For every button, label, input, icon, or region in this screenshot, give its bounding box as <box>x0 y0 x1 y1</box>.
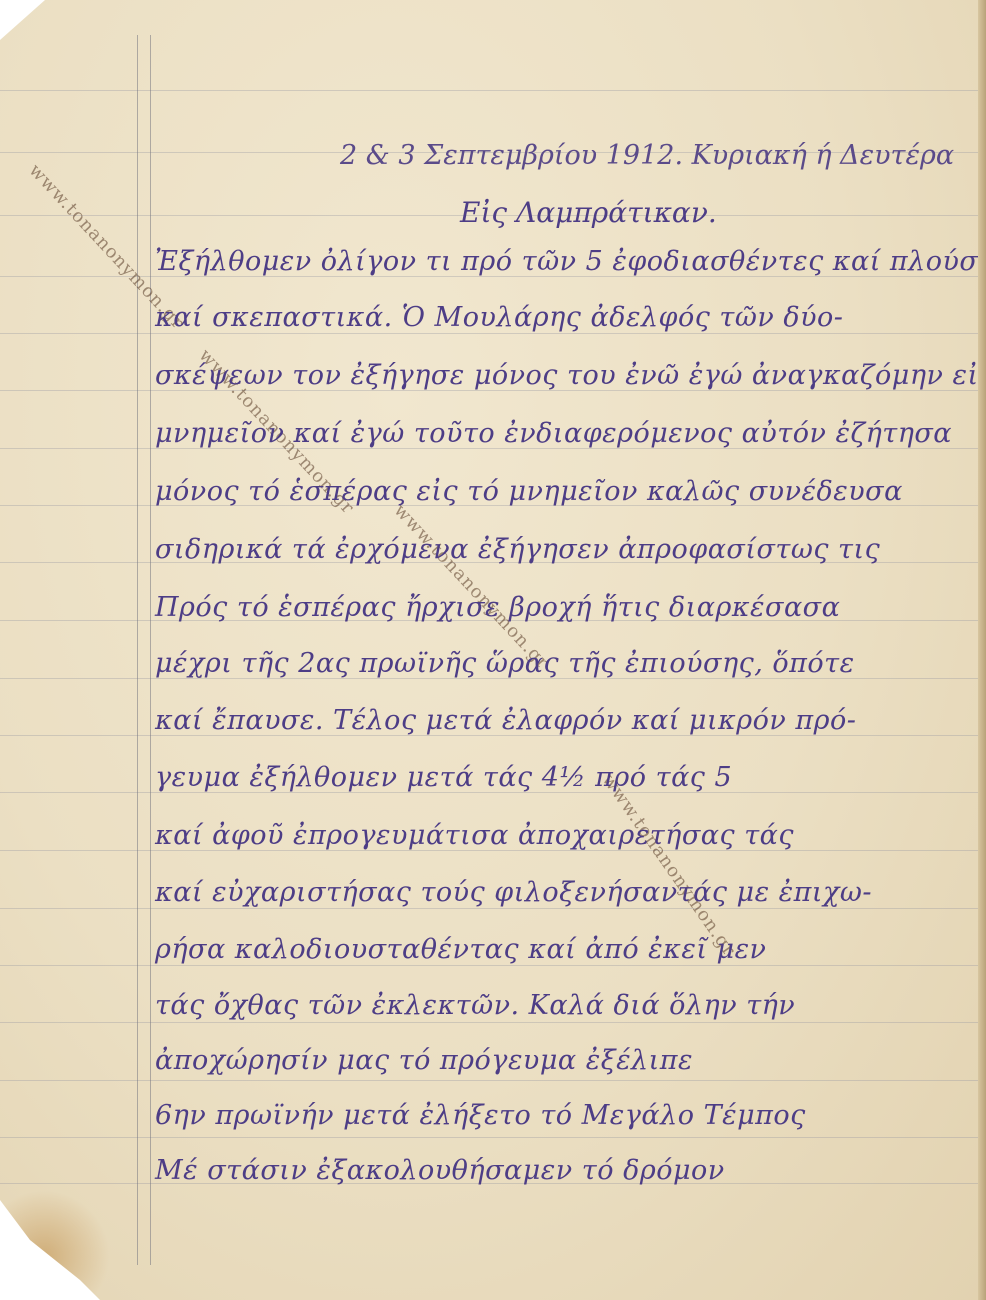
ruled-line <box>0 90 986 91</box>
date-line: 2 & 3 Σεπτεμβρίου 1912. Κυριακή ή Δευτέρ… <box>340 140 954 171</box>
text-line: καί εὐχαριστήσας τούς φιλοξενήσαντάς με … <box>155 877 971 908</box>
text-line: τάς ὄχθας τῶν ἐκλεκτῶν. Καλά διά ὅλην τή… <box>155 990 971 1021</box>
watermark: www.tonanonymon.gr <box>598 770 740 960</box>
margin-line <box>150 35 151 1265</box>
ruled-line <box>0 1080 986 1081</box>
text-line: ρήσα καλοδιουσταθέντας καί ἀπό ἐκεῖ μεν <box>155 934 971 965</box>
text-line: 6ην πρωϊνήν μετά ἐλήξετο τό Μεγάλο Τέμπο… <box>155 1100 971 1131</box>
text-line: μνημεῖον καί ἐγώ τοῦτο ἐνδιαφερόμενος αὐ… <box>155 418 971 449</box>
text-line: καί ἔπαυσε. Τέλος μετά ἐλαφρόν καί μικρό… <box>155 705 971 736</box>
margin-line <box>137 35 138 1265</box>
ruled-line <box>0 333 986 334</box>
text-line: μόνος τό ἑσπέρας εἰς τό μνημεῖον καλῶς σ… <box>155 476 971 507</box>
text-line: γευμα ἐξήλθομεν μετά τάς 4½ πρό τάς 5 <box>155 762 971 793</box>
text-line: Πρός τό ἑσπέρας ἤρχισε βροχή ἥτις διαρκέ… <box>155 592 971 623</box>
text-line: καί σκεπαστικά. Ὁ Μουλάρης ἀδελφός τῶν δ… <box>155 302 971 333</box>
text-line: Μέ στάσιν ἐξακολουθήσαμεν τό δρόμον <box>155 1155 971 1186</box>
ruled-line <box>0 965 986 966</box>
text-line: ἀποχώρησίν μας τό πρόγευμα ἐξέλιπε <box>155 1045 971 1076</box>
text-line: σιδηρικά τά ἐρχόμενα ἐξήγησεν ἀπροφασίστ… <box>155 534 971 565</box>
text-line: Ἐξήλθομεν ὀλίγον τι πρό τῶν 5 ἐφοδιασθέν… <box>155 246 971 277</box>
text-line: καί ἀφοῦ ἐπρογευμάτισα ἀποχαιρετήσας τάς <box>155 820 971 851</box>
ruled-line <box>0 908 986 909</box>
paper-stain <box>0 1190 110 1300</box>
text-line: σκέψεων τον ἐξήγησε μόνος του ἐνῶ ἐγώ ἀν… <box>155 360 971 391</box>
text-line: μέχρι τῆς 2ας πρωϊνῆς ὥρας τῆς ἐπιούσης,… <box>155 648 971 679</box>
paper-page: www.tonanonymon.gr www.tonanonymon.gr ww… <box>0 0 986 1300</box>
place-heading: Εἰς Λαμπράτικαν. <box>460 196 717 229</box>
ruled-line <box>0 1022 986 1023</box>
page-edge <box>978 0 986 1300</box>
ruled-line <box>0 1137 986 1138</box>
